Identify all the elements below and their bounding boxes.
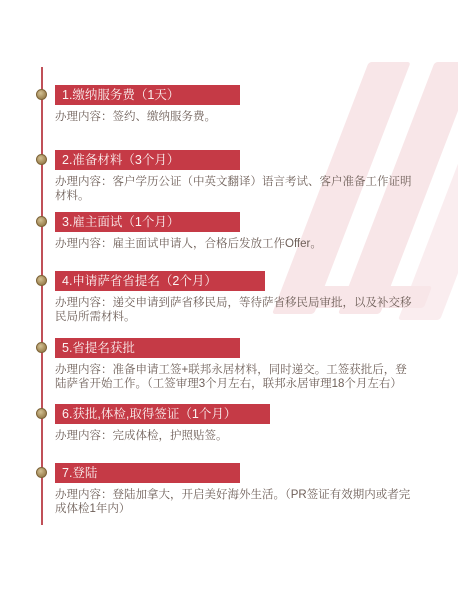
step-description: 办理内容：登陆加拿大，开启美好海外生活。（PR签证有效期内或者完成体检1年内）: [55, 488, 417, 516]
timeline-step-3: 3.雇主面试（1个月） 办理内容：雇主面试申请人，合格后发放工作Offer。: [55, 212, 445, 251]
step-title: 7.登陆: [62, 466, 97, 480]
step-description: 办理内容：准备申请工签+联邦永居材料，同时递交。工签获批后，登陆萨省开始工作。（…: [55, 363, 417, 391]
step-title: 2.准备材料（3个月）: [62, 153, 179, 167]
timeline-node-icon: [36, 275, 47, 286]
timeline-node-icon: [36, 154, 47, 165]
infographic-canvas: 1.缴纳服务费（1天） 办理内容：签约、缴纳服务费。 2.准备材料（3个月） 办…: [0, 0, 458, 600]
step-title-bar: 5.省提名获批: [55, 338, 240, 358]
step-description: 办理内容：客户学历公证（中英文翻译）语言考试、客户准备工作证明材料。: [55, 175, 417, 203]
step-title-bar: 1.缴纳服务费（1天）: [55, 85, 240, 105]
step-title: 4.申请萨省省提名（2个月）: [62, 274, 217, 288]
step-title-bar: 7.登陆: [55, 463, 240, 483]
step-title-bar: 3.雇主面试（1个月）: [55, 212, 240, 232]
timeline-step-6: 6.获批,体检,取得签证（1个月） 办理内容：完成体检，护照贴签。: [55, 404, 445, 443]
timeline: 1.缴纳服务费（1天） 办理内容：签约、缴纳服务费。 2.准备材料（3个月） 办…: [55, 85, 445, 516]
timeline-step-7: 7.登陆 办理内容：登陆加拿大，开启美好海外生活。（PR签证有效期内或者完成体检…: [55, 463, 445, 516]
timeline-node-icon: [36, 467, 47, 478]
step-title: 5.省提名获批: [62, 341, 135, 355]
step-title: 1.缴纳服务费（1天）: [62, 88, 179, 102]
timeline-node-icon: [36, 342, 47, 353]
timeline-step-4: 4.申请萨省省提名（2个月） 办理内容：递交申请到萨省移民局，等待萨省移民局审批…: [55, 271, 445, 324]
step-description: 办理内容：雇主面试申请人，合格后发放工作Offer。: [55, 237, 417, 251]
timeline-vertical-line: [41, 67, 43, 525]
timeline-node-icon: [36, 89, 47, 100]
step-title-bar: 2.准备材料（3个月）: [55, 150, 240, 170]
step-title-bar: 4.申请萨省省提名（2个月）: [55, 271, 265, 291]
step-description: 办理内容：完成体检，护照贴签。: [55, 429, 417, 443]
step-description: 办理内容：递交申请到萨省移民局，等待萨省移民局审批，以及补交移民局所需材料。: [55, 296, 417, 324]
timeline-node-icon: [36, 216, 47, 227]
step-description: 办理内容：签约、缴纳服务费。: [55, 110, 417, 124]
step-title-bar: 6.获批,体检,取得签证（1个月）: [55, 404, 270, 424]
timeline-step-5: 5.省提名获批 办理内容：准备申请工签+联邦永居材料，同时递交。工签获批后，登陆…: [55, 338, 445, 391]
timeline-step-1: 1.缴纳服务费（1天） 办理内容：签约、缴纳服务费。: [55, 85, 445, 124]
timeline-step-2: 2.准备材料（3个月） 办理内容：客户学历公证（中英文翻译）语言考试、客户准备工…: [55, 150, 445, 203]
step-title: 3.雇主面试（1个月）: [62, 215, 179, 229]
timeline-node-icon: [36, 408, 47, 419]
step-title: 6.获批,体检,取得签证（1个月）: [62, 407, 236, 421]
